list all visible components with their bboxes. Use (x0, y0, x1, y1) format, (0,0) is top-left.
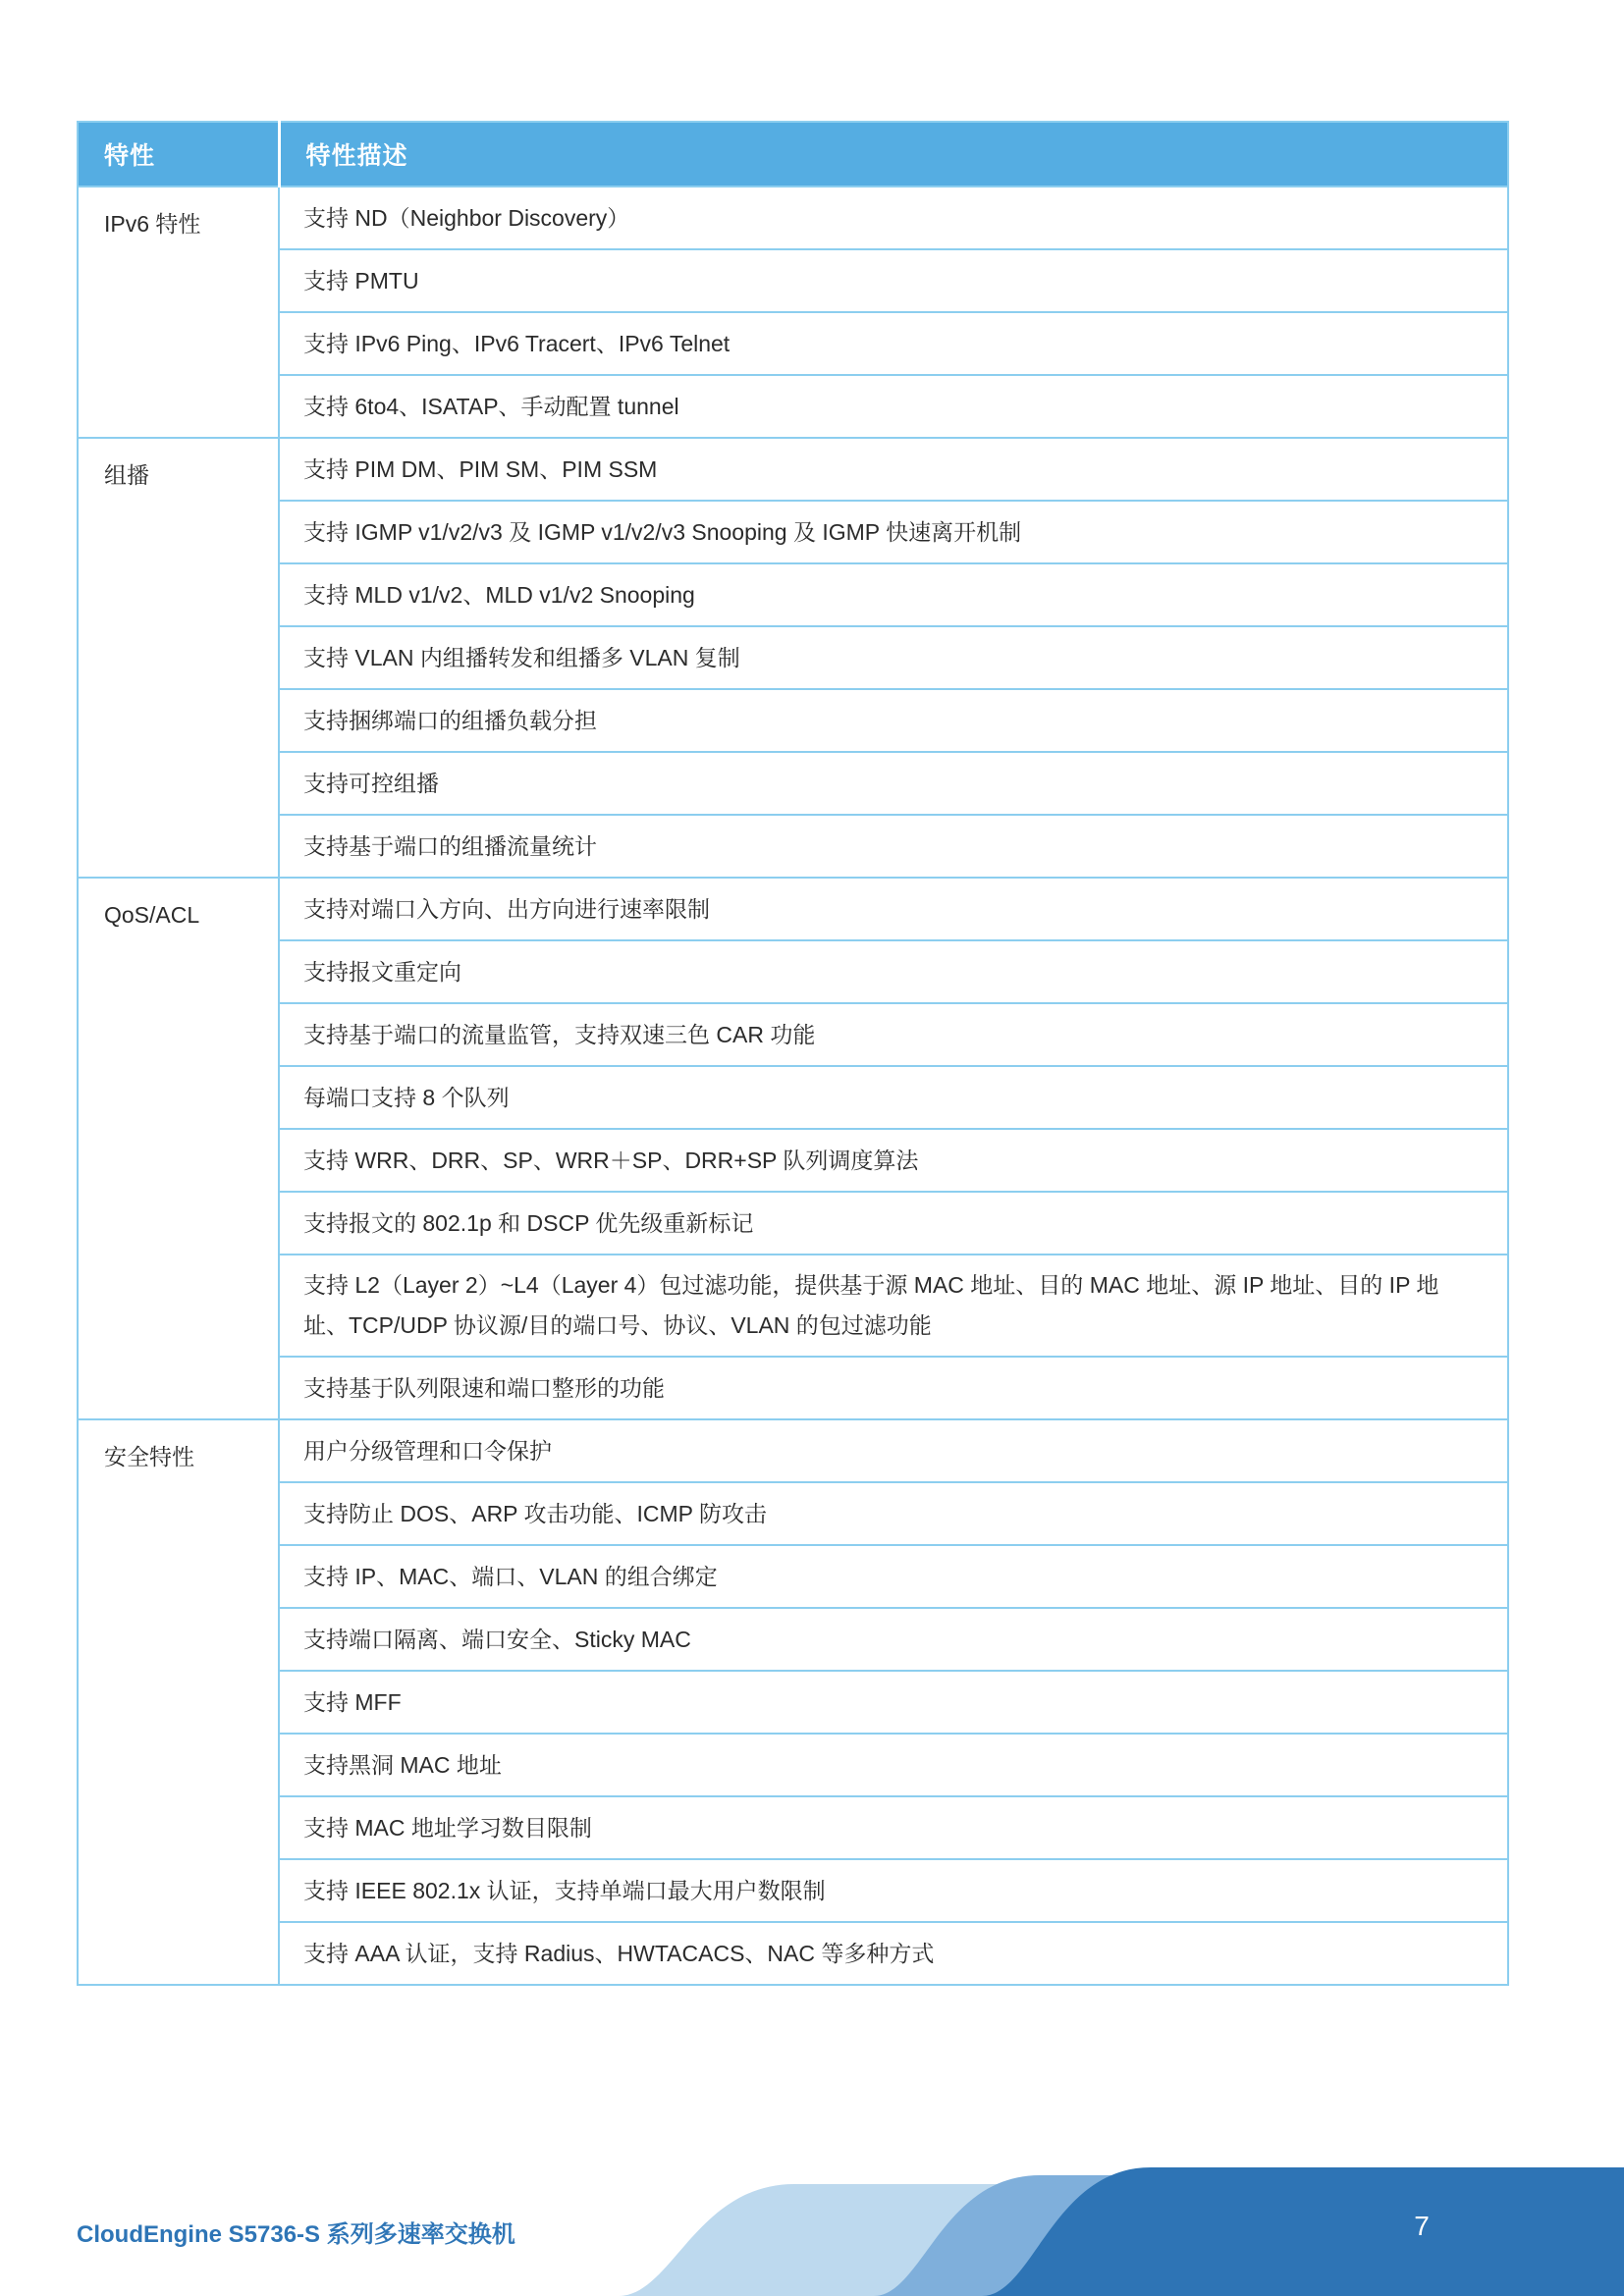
datasheet-page: 特性 特性描述 IPv6 特性支持 ND（Neighbor Discovery）… (0, 0, 1624, 2296)
table-row: 安全特性用户分级管理和口令保护 (78, 1419, 1508, 1482)
feature-description-cell: 支持黑洞 MAC 地址 (279, 1734, 1508, 1796)
feature-description-cell: 支持报文重定向 (279, 940, 1508, 1003)
table-row: 组播支持 PIM DM、PIM SM、PIM SSM (78, 438, 1508, 501)
table-row: 支持 AAA 认证，支持 Radius、HWTACACS、NAC 等多种方式 (78, 1922, 1508, 1985)
feature-description-cell: 支持报文的 802.1p 和 DSCP 优先级重新标记 (279, 1192, 1508, 1255)
feature-description-cell: 支持 MAC 地址学习数目限制 (279, 1796, 1508, 1859)
table-row: 支持捆绑端口的组播负载分担 (78, 689, 1508, 752)
table-row: 支持可控组播 (78, 752, 1508, 815)
feature-description-cell: 支持基于队列限速和端口整形的功能 (279, 1357, 1508, 1419)
table-row: 支持 IP、MAC、端口、VLAN 的组合绑定 (78, 1545, 1508, 1608)
feature-group-label: IPv6 特性 (78, 187, 279, 438)
feature-description-cell: 支持 AAA 认证，支持 Radius、HWTACACS、NAC 等多种方式 (279, 1922, 1508, 1985)
table-row: 支持 IPv6 Ping、IPv6 Tracert、IPv6 Telnet (78, 312, 1508, 375)
feature-description-cell: 支持 L2（Layer 2）~L4（Layer 4）包过滤功能，提供基于源 MA… (279, 1255, 1508, 1357)
feature-description-cell: 用户分级管理和口令保护 (279, 1419, 1508, 1482)
feature-description-cell: 支持端口隔离、端口安全、Sticky MAC (279, 1608, 1508, 1671)
feature-description-cell: 支持 ND（Neighbor Discovery） (279, 187, 1508, 249)
feature-description-cell: 支持基于端口的组播流量统计 (279, 815, 1508, 878)
feature-description-cell: 支持 IEEE 802.1x 认证，支持单端口最大用户数限制 (279, 1859, 1508, 1922)
table-row: 支持基于端口的组播流量统计 (78, 815, 1508, 878)
table-row: QoS/ACL支持对端口入方向、出方向进行速率限制 (78, 878, 1508, 940)
feature-description-cell: 支持可控组播 (279, 752, 1508, 815)
table-row: 支持 MAC 地址学习数目限制 (78, 1796, 1508, 1859)
table-row: 支持 MFF (78, 1671, 1508, 1734)
feature-table: 特性 特性描述 IPv6 特性支持 ND（Neighbor Discovery）… (77, 121, 1509, 1986)
feature-description-cell: 支持捆绑端口的组播负载分担 (279, 689, 1508, 752)
table-row: 支持报文的 802.1p 和 DSCP 优先级重新标记 (78, 1192, 1508, 1255)
table-row: 支持 VLAN 内组播转发和组播多 VLAN 复制 (78, 626, 1508, 689)
table-row: 每端口支持 8 个队列 (78, 1066, 1508, 1129)
feature-group-label: 组播 (78, 438, 279, 878)
feature-description-cell: 支持 6to4、ISATAP、手动配置 tunnel (279, 375, 1508, 438)
table-row: 支持 WRR、DRR、SP、WRR＋SP、DRR+SP 队列调度算法 (78, 1129, 1508, 1192)
feature-description-cell: 支持对端口入方向、出方向进行速率限制 (279, 878, 1508, 940)
table-row: 支持 PMTU (78, 249, 1508, 312)
feature-group-label: 安全特性 (78, 1419, 279, 1985)
column-header-feature: 特性 (78, 122, 279, 187)
table-row: 支持基于队列限速和端口整形的功能 (78, 1357, 1508, 1419)
table-row: 支持 MLD v1/v2、MLD v1/v2 Snooping (78, 563, 1508, 626)
feature-description-cell: 每端口支持 8 个队列 (279, 1066, 1508, 1129)
feature-description-cell: 支持 VLAN 内组播转发和组播多 VLAN 复制 (279, 626, 1508, 689)
feature-description-cell: 支持防止 DOS、ARP 攻击功能、ICMP 防攻击 (279, 1482, 1508, 1545)
page-number: 7 (1402, 2211, 1441, 2242)
table-row: 支持 IEEE 802.1x 认证，支持单端口最大用户数限制 (78, 1859, 1508, 1922)
table-row: IPv6 特性支持 ND（Neighbor Discovery） (78, 187, 1508, 249)
feature-description-cell: 支持 PMTU (279, 249, 1508, 312)
footer-product-title: CloudEngine S5736-S 系列多速率交换机 (77, 2215, 515, 2249)
table-row: 支持 L2（Layer 2）~L4（Layer 4）包过滤功能，提供基于源 MA… (78, 1255, 1508, 1357)
feature-description-cell: 支持 MFF (279, 1671, 1508, 1734)
feature-description-cell: 支持 IP、MAC、端口、VLAN 的组合绑定 (279, 1545, 1508, 1608)
feature-group-label: QoS/ACL (78, 878, 279, 1419)
column-header-description: 特性描述 (279, 122, 1508, 187)
feature-description-cell: 支持 MLD v1/v2、MLD v1/v2 Snooping (279, 563, 1508, 626)
table-row: 支持 IGMP v1/v2/v3 及 IGMP v1/v2/v3 Snoopin… (78, 501, 1508, 563)
feature-description-cell: 支持 IGMP v1/v2/v3 及 IGMP v1/v2/v3 Snoopin… (279, 501, 1508, 563)
feature-description-cell: 支持 PIM DM、PIM SM、PIM SSM (279, 438, 1508, 501)
table-row: 支持 6to4、ISATAP、手动配置 tunnel (78, 375, 1508, 438)
feature-description-cell: 支持基于端口的流量监管，支持双速三色 CAR 功能 (279, 1003, 1508, 1066)
footer-wave-decoration (613, 2167, 1624, 2296)
table-row: 支持黑洞 MAC 地址 (78, 1734, 1508, 1796)
table-row: 支持基于端口的流量监管，支持双速三色 CAR 功能 (78, 1003, 1508, 1066)
table-header-row: 特性 特性描述 (78, 122, 1508, 187)
feature-description-cell: 支持 WRR、DRR、SP、WRR＋SP、DRR+SP 队列调度算法 (279, 1129, 1508, 1192)
table-row: 支持报文重定向 (78, 940, 1508, 1003)
feature-description-cell: 支持 IPv6 Ping、IPv6 Tracert、IPv6 Telnet (279, 312, 1508, 375)
table-row: 支持防止 DOS、ARP 攻击功能、ICMP 防攻击 (78, 1482, 1508, 1545)
table-row: 支持端口隔离、端口安全、Sticky MAC (78, 1608, 1508, 1671)
